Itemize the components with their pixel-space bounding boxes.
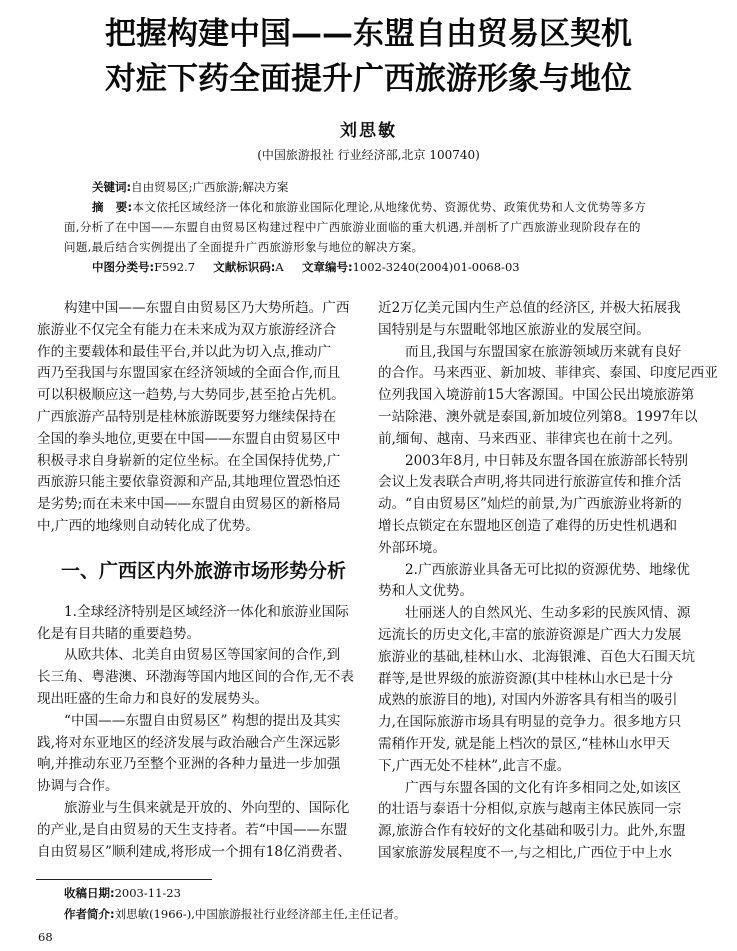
paragraph: 而且,我国与东盟国家在旅游领域历来就有良好 的合作。马来西亚、新加坡、菲律宾、泰… [378, 342, 703, 451]
bio-value: 刘思敏(1966-),中国旅游报社行业经济部主任,主任记者。 [115, 907, 406, 921]
abstract-label: 摘 要: [92, 200, 133, 214]
received-label: 收稿日期: [64, 886, 115, 900]
abstract-line: 摘 要:本文依托区域经济一体化和旅游业国际化理论,从地缘优势、资源优势、政策优势… [92, 198, 646, 217]
paragraph: 2.广西旅游业具备无可比拟的资源优势、地缘优 势和人文优势。 [378, 560, 703, 604]
left-column: 构建中国——东盟自由贸易区乃大势所趋。广西 旅游业不仅完全有能力在未来成为双方旅… [37, 298, 357, 863]
paragraph: 近2万亿美元国内生产总值的经济区, 并极大拓展我 国特别是与东盟毗邻地区旅游业的… [378, 298, 703, 342]
footnote-divider [36, 879, 212, 880]
paragraph: 壮丽迷人的自然风光、生动多彩的民族风情、源 远流长的历史文化,丰富的旅游资源是广… [378, 603, 703, 777]
paragraph: “中国——东盟自由贸易区” 构想的提出及其实 践,将对东亚地区的经济发展与政治融… [37, 711, 357, 798]
doc-code-label: 文献标识码: [213, 260, 275, 274]
received-value: 2003-11-23 [115, 886, 181, 900]
author-affiliation: (中国旅游报社 行业经济部,北京 100740) [0, 146, 737, 163]
clc-value: F592.7 [154, 260, 195, 274]
keywords-label: 关键词: [92, 180, 131, 194]
author-bio: 作者简介:刘思敏(1966-),中国旅游报社行业经济部主任,主任记者。 [64, 906, 406, 922]
classification-line: 中图分类号:F592.7 文献标识码:A 文章编号:1002-3240(2004… [92, 258, 520, 277]
clc-label: 中图分类号: [92, 260, 154, 274]
paragraph: 1.全球经济特别是区域经济一体化和旅游业国际 化是有目共睹的重要趋势。 [37, 602, 357, 646]
paragraph: 2003年8月, 中日韩及东盟各国在旅游部长特别 会议上发表联合声明,将共同进行… [378, 451, 703, 560]
abstract-line: 问题,最后结合实例提出了全面提升广西旅游形象与地位的解决方案。 [64, 238, 424, 257]
title-line-2: 对症下药全面提升广西旅游形象与地位 [0, 59, 737, 99]
article-no-label: 文章编号: [302, 260, 353, 274]
paragraph: 从欧共体、北美自由贸易区等国家间的合作,到 长三角、粤港澳、环渤海等国内地区间的… [37, 645, 357, 710]
keywords: 关键词:自由贸易区;广西旅游;解决方案 [92, 178, 288, 197]
abstract-line: 面,分析了在中国——东盟自由贸易区构建过程中广西旅游业面临的重大机遇,并剖析了广… [64, 218, 641, 237]
received-date: 收稿日期:2003-11-23 [64, 885, 181, 901]
title-line-1: 把握构建中国——东盟自由贸易区契机 [0, 14, 737, 54]
paragraph: 旅游业与生俱来就是开放的、外向型的、国际化 的产业,是自由贸易的天生支持者。若“… [37, 798, 357, 863]
section-heading: 一、广西区内外旅游市场形势分析 [37, 546, 357, 596]
bio-label: 作者简介: [64, 907, 115, 921]
right-column: 近2万亿美元国内生产总值的经济区, 并极大拓展我 国特别是与东盟毗邻地区旅游业的… [378, 298, 703, 865]
paragraph: 构建中国——东盟自由贸易区乃大势所趋。广西 旅游业不仅完全有能力在未来成为双方旅… [37, 298, 357, 538]
paragraph: 广西与东盟各国的文化有许多相同之处,如该区 的壮语与泰语十分相似,京族与越南主体… [378, 778, 703, 865]
article-no-value: 1002-3240(2004)01-0068-03 [353, 260, 520, 274]
page-number: 68 [38, 930, 53, 944]
author-name: 刘思敏 [0, 116, 737, 141]
keywords-value: 自由贸易区;广西旅游;解决方案 [131, 180, 288, 194]
doc-code-value: A [275, 260, 283, 274]
